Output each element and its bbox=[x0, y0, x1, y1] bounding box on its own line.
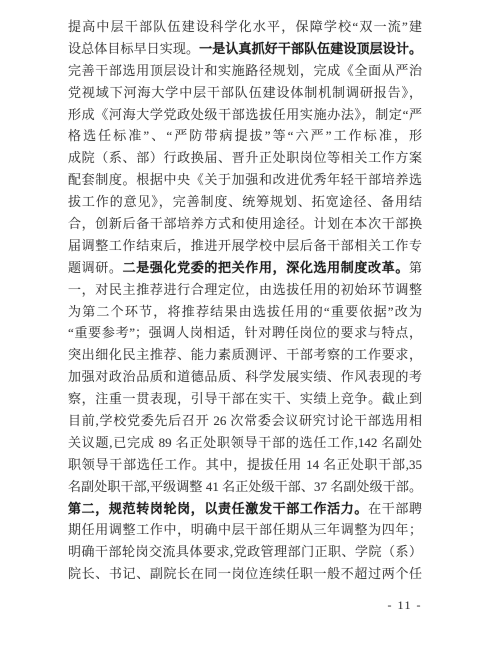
text-segment: 为第二个环节，将推荐结果由选拔任用的“重要依据”改为 bbox=[68, 304, 422, 319]
text-segment: 形成《河海大学党政处级干部选拔任用实施办法》，制定“严 bbox=[68, 107, 422, 122]
text-segment: “重要参考”；强调人岗相适，针对聘任岗位的要求与特点， bbox=[68, 325, 422, 340]
text-segment: 党视域下河海大学中层干部队伍建设体制机制调研报告》， bbox=[68, 85, 422, 100]
text-line-20: 关议题,已完成 89 名正处职领导干部的选任工作,142 名副处 bbox=[68, 432, 422, 454]
text-segment-bold: 二是强化党委的把关作用，深化选用制度改革。 bbox=[123, 260, 409, 275]
text-segment: 格选任标准”、“严防带病提拔”等“六严”工作标准，形 bbox=[68, 128, 422, 143]
text-segment: 配套制度。根据中央《关于加强和改进优秀年轻干部培养选 bbox=[68, 172, 422, 187]
text-segment: 名副处职干部,平级调整 41 名正处级干部、37 名副处级干部。 bbox=[68, 479, 422, 494]
text-line-8: 配套制度。根据中央《关于加强和改进优秀年轻干部培养选 bbox=[68, 169, 422, 191]
text-segment: 明确干部轮岗交流具体要求,党政管理部门正职、学院（系） bbox=[68, 544, 422, 559]
text-line-25: 明确干部轮岗交流具体要求,党政管理部门正职、学院（系） bbox=[68, 541, 422, 563]
text-segment-bold: 一是认真抓好干部队伍建设顶层设计。 bbox=[199, 41, 422, 56]
text-line-2: 设总体目标早日实现。一是认真抓好干部队伍建设顶层设计。 bbox=[68, 38, 422, 60]
text-line-19: 目前,学校党委先后召开 26 次常委会议研究讨论干部选用相 bbox=[68, 410, 422, 432]
document-body: 提高中层干部队伍建设科学化水平，保障学校“双一流”建设总体目标早日实现。一是认真… bbox=[68, 16, 422, 585]
text-segment: 期任用调整工作中，明确中层干部任期从三年调整为四年； bbox=[68, 522, 422, 537]
text-segment: 院长、书记、副院长在同一岗位连续任职一般不超过两个任 bbox=[68, 566, 422, 581]
text-line-12: 题调研。二是强化党委的把关作用，深化选用制度改革。第 bbox=[68, 257, 422, 279]
text-line-18: 察，注重一贯表现，引导干部在实干、实绩上竞争。截止到 bbox=[68, 388, 422, 410]
text-segment: 届调整工作结束后，推进开展学校中层后备干部相关工作专 bbox=[68, 238, 422, 253]
text-line-13: 一，对民主推荐进行合理定位，由选拔任用的初始环节调整 bbox=[68, 279, 422, 301]
text-line-7: 成院（系、部）行政换届、晋升正处职岗位等相关工作方案 bbox=[68, 147, 422, 169]
text-line-15: “重要参考”；强调人岗相适，针对聘任岗位的要求与特点， bbox=[68, 322, 422, 344]
text-line-5: 形成《河海大学党政处级干部选拔任用实施办法》，制定“严 bbox=[68, 104, 422, 126]
text-segment: 设总体目标早日实现。 bbox=[68, 41, 199, 56]
text-line-16: 突出细化民主推荐、能力素质测评、干部考察的工作要求， bbox=[68, 344, 422, 366]
text-line-14: 为第二个环节，将推荐结果由选拔任用的“重要依据”改为 bbox=[68, 301, 422, 323]
text-line-10: 合，创新后备干部培养方式和使用途径。计划在本次干部换 bbox=[68, 213, 422, 235]
text-line-11: 届调整工作结束后，推进开展学校中层后备干部相关工作专 bbox=[68, 235, 422, 257]
text-segment: 合，创新后备干部培养方式和使用途径。计划在本次干部换 bbox=[68, 216, 422, 231]
text-line-24: 期任用调整工作中，明确中层干部任期从三年调整为四年； bbox=[68, 519, 422, 541]
text-line-17: 加强对政治品质和道德品质、科学发展实绩、作风表现的考 bbox=[68, 366, 422, 388]
text-segment: 题调研。 bbox=[68, 260, 123, 275]
page-number: - 11 - bbox=[68, 598, 422, 613]
text-segment: 突出细化民主推荐、能力素质测评、干部考察的工作要求， bbox=[68, 347, 422, 362]
text-segment: 完善干部选用顶层设计和实施路径规划，完成《全面从严治 bbox=[68, 63, 422, 78]
text-segment: 察，注重一贯表现，引导干部在实干、实绩上竞争。截止到 bbox=[68, 391, 422, 406]
text-line-23: 第二，规范转岗轮岗，以责任激发干部工作活力。在干部聘 bbox=[68, 498, 422, 520]
text-segment: 一，对民主推荐进行合理定位，由选拔任用的初始环节调整 bbox=[68, 282, 422, 297]
document-page: 提高中层干部队伍建设科学化水平，保障学校“双一流”建设总体目标早日实现。一是认真… bbox=[0, 0, 492, 660]
text-segment: 关议题,已完成 89 名正处职领导干部的选任工作,142 名副处 bbox=[68, 435, 422, 450]
text-line-6: 格选任标准”、“严防带病提拔”等“六严”工作标准，形 bbox=[68, 125, 422, 147]
text-line-22: 名副处职干部,平级调整 41 名正处级干部、37 名副处级干部。 bbox=[68, 476, 422, 498]
text-segment: 目前,学校党委先后召开 26 次常委会议研究讨论干部选用相 bbox=[68, 413, 422, 428]
text-segment: 成院（系、部）行政换届、晋升正处职岗位等相关工作方案 bbox=[68, 150, 422, 165]
text-segment: 第 bbox=[409, 260, 422, 275]
text-segment: 提高中层干部队伍建设科学化水平，保障学校“双一流”建 bbox=[68, 19, 422, 34]
text-line-21: 职领导干部选任工作。其中，提拔任用 14 名正处职干部,35 bbox=[68, 454, 422, 476]
text-segment: 职领导干部选任工作。其中，提拔任用 14 名正处职干部,35 bbox=[68, 457, 422, 472]
text-segment-bold: 第二，规范转岗轮岗，以责任激发干部工作活力。 bbox=[68, 501, 368, 516]
text-segment: 加强对政治品质和道德品质、科学发展实绩、作风表现的考 bbox=[68, 369, 422, 384]
text-segment: 在干部聘 bbox=[368, 501, 422, 516]
text-line-4: 党视域下河海大学中层干部队伍建设体制机制调研报告》， bbox=[68, 82, 422, 104]
text-line-1: 提高中层干部队伍建设科学化水平，保障学校“双一流”建 bbox=[68, 16, 422, 38]
text-segment: 拔工作的意见》，完善制度、统筹规划、拓宽途径、备用结 bbox=[68, 194, 422, 209]
text-line-26: 院长、书记、副院长在同一岗位连续任职一般不超过两个任 bbox=[68, 563, 422, 585]
text-line-9: 拔工作的意见》，完善制度、统筹规划、拓宽途径、备用结 bbox=[68, 191, 422, 213]
text-line-3: 完善干部选用顶层设计和实施路径规划，完成《全面从严治 bbox=[68, 60, 422, 82]
